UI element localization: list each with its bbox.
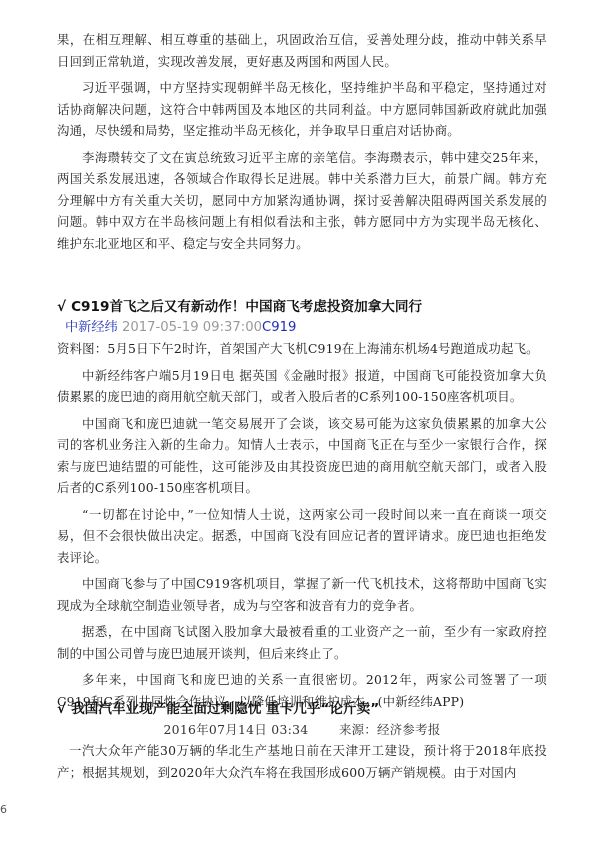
check-icon: √ [57,299,66,315]
paragraph: 据悉，在中国商飞试图入股加拿大最被看重的工业资产之一前，至少有一家政府控制的中国… [57,621,547,664]
article-korea-china: 果，在相互理解、相互尊重的基础上，巩固政治互信，妥善处理分歧，推动中韩关系早日回… [57,29,547,254]
image-caption: 资料图：5月5日下午2时许，首架国产大飞机C919在上海浦东机场4号跑道成功起飞… [57,338,547,360]
article-title-text[interactable]: C919首飞之后又有新动作！中国商飞考虑投资加拿大同行 [71,299,422,315]
article-title-text[interactable]: 我国汽车业现产能全面过剩隐忧 重卡几乎“论斤卖” [71,701,379,717]
check-icon: √ [57,701,66,717]
article-meta: 2016年07月14日 03:34 来源：经济参考报 [57,720,547,740]
paragraph: 中新经纬客户端5月19日电 据英国《金融时报》报道，中国商飞可能投资加拿大负债累… [57,365,547,408]
article-source: 来源：经济参考报 [339,722,441,737]
paragraph: 一汽大众年产能30万辆的华北生产基地日前在天津开工建设，预计将于2018年底投产… [57,740,547,783]
article-title[interactable]: √我国汽车业现产能全面过剩隐忧 重卡几乎“论斤卖” [57,698,547,720]
paragraph: 中国商飞和庞巴迪就一笔交易展开了会谈，该交易可能为这家负债累累的加拿大公司的客机… [57,413,547,499]
page-number: 6 [0,803,7,816]
paragraph: 果，在相互理解、相互尊重的基础上，巩固政治互信，妥善处理分歧，推动中韩关系早日回… [57,29,547,72]
source-link[interactable]: 中新经纬 [65,320,118,335]
article-date: 2016年07月14日 03:34 [163,722,308,737]
paragraph: 李海瓒转交了文在寅总统致习近平主席的亲笔信。李海瓒表示，韩中建交25年来，两国关… [57,147,547,255]
paragraph: 习近平强调，中方坚持实现朝鲜半岛无核化，坚持维护半岛和平稳定，坚持通过对话协商解… [57,77,547,142]
article-c919: √C919首飞之后又有新动作！中国商飞考虑投资加拿大同行 中新经纬 2017-0… [57,296,547,712]
paragraph: 中国商飞参与了中国C919客机项目，掌握了新一代飞机技术，这将帮助中国商飞实现成… [57,573,547,616]
article-auto-industry: √我国汽车业现产能全面过剩隐忧 重卡几乎“论斤卖” 2016年07月14日 03… [57,698,547,783]
article-title[interactable]: √C919首飞之后又有新动作！中国商飞考虑投资加拿大同行 [57,296,547,318]
paragraph: “一切都在讨论中，”一位知情人士说，这两家公司一段时间以来一直在商谈一项交易，但… [57,504,547,569]
article-datetime: 2017-05-19 09:37:00 [122,320,262,335]
tag-link[interactable]: C919 [262,320,296,335]
article-meta: 中新经纬 2017-05-19 09:37:00C919 [65,318,547,338]
